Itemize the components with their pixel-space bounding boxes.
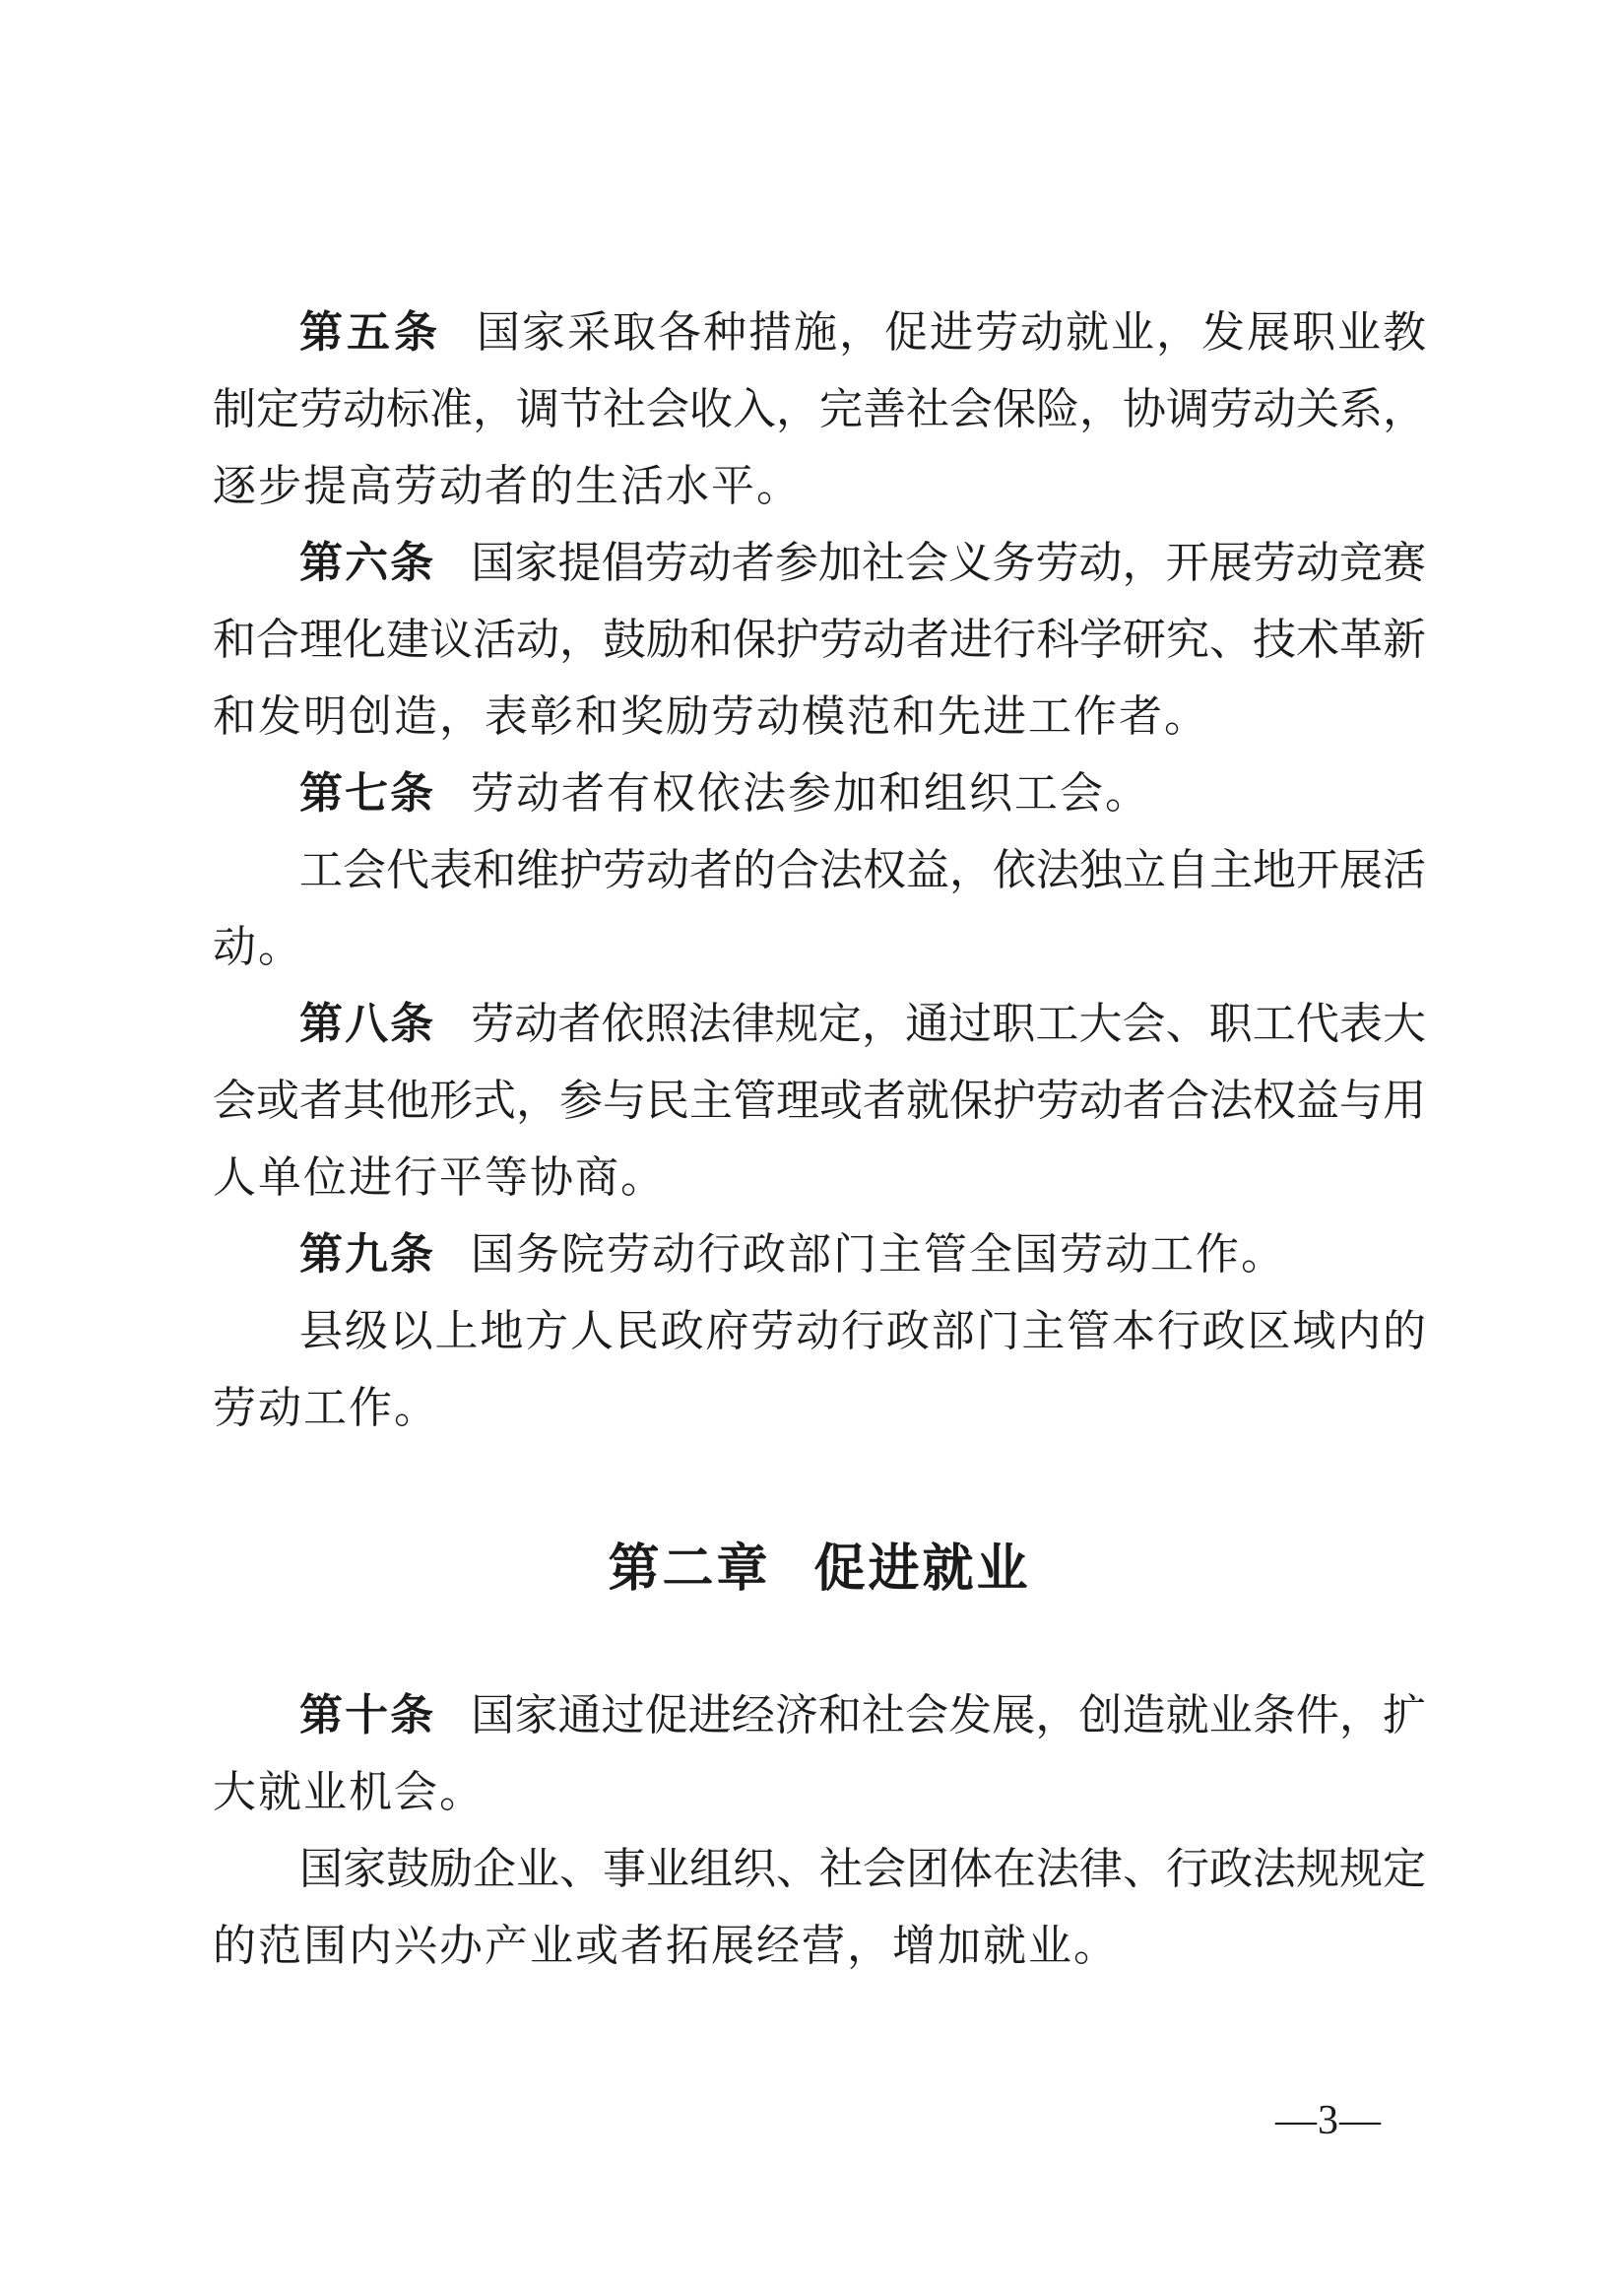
line-text: 国务院劳动行政部门主管全国劳动工作。	[471, 1230, 1286, 1279]
text-line: 国家鼓励企业、事业组织、社会团体在法律、行政法规规定	[213, 1831, 1426, 1908]
line-text: 制定劳动标准，调节社会收入，完善社会保险，协调劳动关系，	[213, 385, 1426, 433]
chapter-number: 第二章	[608, 1541, 770, 1598]
article-number: 第十条	[299, 1691, 435, 1739]
text-line: 劳动工作。	[213, 1370, 1426, 1447]
line-text: 人单位进行平等协商。	[213, 1153, 666, 1202]
text-line: 人单位进行平等协商。	[213, 1140, 1426, 1216]
article-number: 第八条	[299, 1000, 435, 1048]
text-line: 县级以上地方人民政府劳动行政部门主管本行政区域内的	[213, 1293, 1426, 1370]
line-text: 的范围内兴办产业或者拓展经营，增加就业。	[213, 1922, 1119, 1970]
article-number: 第九条	[299, 1230, 435, 1279]
line-text: 大就业机会。	[213, 1768, 485, 1816]
text-line: 逐步提高劳动者的生活水平。	[213, 448, 1426, 525]
article-number: 第五条	[299, 308, 441, 357]
line-text: 动。	[213, 923, 303, 971]
line-text: 和发明创造，表彰和奖励劳动模范和先进工作者。	[213, 692, 1209, 741]
text-line: 第八条劳动者依照法律规定，通过职工大会、职工代表大	[213, 986, 1426, 1063]
text-line: 和合理化建议活动，鼓励和保护劳动者进行科学研究、技术革新	[213, 602, 1426, 679]
line-text: 劳动者依照法律规定，通过职工大会、职工代表大	[471, 1000, 1426, 1048]
document-page: 第五条国家采取各种措施，促进劳动就业，发展职业教育，制定劳动标准，调节社会收入，…	[0, 0, 1621, 2296]
line-text: 逐步提高劳动者的生活水平。	[213, 462, 802, 510]
chapter-title: 促进就业	[814, 1541, 1031, 1598]
text-line: 第十条国家通过促进经济和社会发展，创造就业条件，扩	[213, 1677, 1426, 1754]
text-line: 第七条劳动者有权依法参加和组织工会。	[213, 755, 1426, 832]
line-text: 国家通过促进经济和社会发展，创造就业条件，扩	[471, 1691, 1426, 1739]
page-number: —3—	[1275, 2096, 1382, 2145]
text-line: 工会代表和维护劳动者的合法权益，依法独立自主地开展活	[213, 832, 1426, 909]
chapter-heading: 第二章促进就业	[213, 1531, 1426, 1607]
text-line: 大就业机会。	[213, 1754, 1426, 1831]
line-text: 劳动者有权依法参加和组织工会。	[471, 769, 1150, 818]
line-text: 县级以上地方人民政府劳动行政部门主管本行政区域内的	[299, 1307, 1426, 1355]
line-text: 会或者其他形式，参与民主管理或者就保护劳动者合法权益与用	[213, 1077, 1426, 1125]
article-number: 第七条	[299, 769, 435, 818]
document-body: 第五条国家采取各种措施，促进劳动就业，发展职业教育，制定劳动标准，调节社会收入，…	[213, 295, 1426, 1985]
line-text: 和合理化建议活动，鼓励和保护劳动者进行科学研究、技术革新	[213, 616, 1426, 664]
line-text: 国家提倡劳动者参加社会义务劳动，开展劳动竞赛	[471, 539, 1426, 587]
text-line: 和发明创造，表彰和奖励劳动模范和先进工作者。	[213, 679, 1426, 755]
text-line: 会或者其他形式，参与民主管理或者就保护劳动者合法权益与用	[213, 1063, 1426, 1140]
line-text: 劳动工作。	[213, 1384, 439, 1432]
text-line: 制定劳动标准，调节社会收入，完善社会保险，协调劳动关系，	[213, 371, 1426, 448]
text-line: 动。	[213, 909, 1426, 986]
text-line: 第六条国家提倡劳动者参加社会义务劳动，开展劳动竞赛	[213, 525, 1426, 602]
text-line: 第五条国家采取各种措施，促进劳动就业，发展职业教育，	[213, 295, 1426, 371]
line-text: 国家鼓励企业、事业组织、社会团体在法律、行政法规规定	[299, 1845, 1426, 1893]
line-text: 工会代表和维护劳动者的合法权益，依法独立自主地开展活	[299, 846, 1426, 894]
text-line: 第九条国务院劳动行政部门主管全国劳动工作。	[213, 1216, 1426, 1293]
text-line: 的范围内兴办产业或者拓展经营，增加就业。	[213, 1908, 1426, 1985]
article-number: 第六条	[299, 539, 435, 587]
